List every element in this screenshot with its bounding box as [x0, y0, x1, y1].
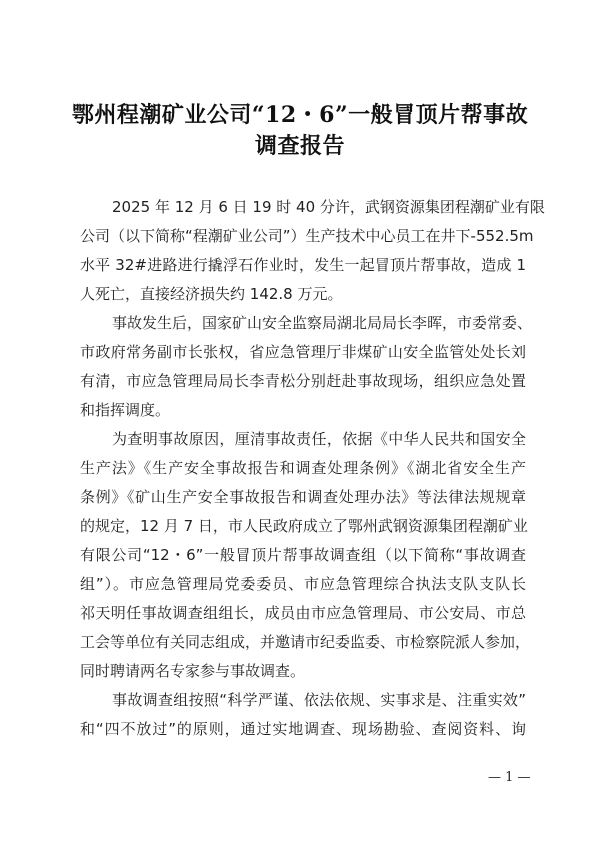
text-line: 同时聘请两名专家参与事故调查。 — [80, 657, 526, 686]
document-body: 2025 年 12 月 6 日 19 时 40 分许，武钢资源集团程潮矿业有限 … — [80, 193, 526, 744]
text-line: 有清，市应急管理局局长李青松分别赶赴事故现场，组织应急处置 — [80, 367, 526, 396]
text-line: 有限公司“12・6”一般冒顶片帮事故调查组（以下简称“事故调查 — [80, 541, 526, 570]
text-line: 公司（以下简称“程潮矿业公司”）生产技术中心员工在井下-552.5m — [80, 222, 526, 251]
text-line: 和“四不放过”的原则，通过实地调查、现场勘验、查阅资料、询 — [80, 715, 526, 744]
document-page: 鄂州程潮矿业公司“12・6”一般冒顶片帮事故 调查报告 2025 年 12 月 … — [0, 0, 600, 849]
text-line: 和指挥调度。 — [80, 396, 526, 425]
text-line: 工会等单位有关同志组成，并邀请市纪委监委、市检察院派人参加， — [80, 628, 526, 657]
paragraph-investigation-principles: 事故调查组按照“科学严谨、依法依规、实事求是、注重实效” 和“四不放过”的原则，… — [80, 686, 526, 744]
text-line: 生产法》《生产安全事故报告和调查处理条例》《湖北省安全生产 — [80, 454, 526, 483]
text-line: 水平 32#进路进行撬浮石作业时，发生一起冒顶片帮事故，造成 1 — [80, 251, 526, 280]
text-line: 祁天明任事故调查组组长，成员由市应急管理局、市公安局、市总 — [80, 599, 526, 628]
text-line: 人死亡，直接经济损失约 142.8 万元。 — [80, 280, 526, 309]
text-line: 组”）。市应急管理局党委委员、市应急管理综合执法支队支队长 — [80, 570, 526, 599]
text-line: 2025 年 12 月 6 日 19 时 40 分许，武钢资源集团程潮矿业有限 — [80, 193, 526, 222]
text-line: 事故发生后，国家矿山安全监察局湖北局局长李晖，市委常委、 — [80, 309, 526, 338]
title-line-1: 鄂州程潮矿业公司“12・6”一般冒顶片帮事故 — [60, 100, 540, 131]
text-line: 事故调查组按照“科学严谨、依法依规、实事求是、注重实效” — [80, 686, 526, 715]
text-line: 市政府常务副市长张权，省应急管理厅非煤矿山安全监管处处长刘 — [80, 338, 526, 367]
text-line: 的规定，12 月 7 日，市人民政府成立了鄂州武钢资源集团程潮矿业 — [80, 512, 526, 541]
page-number: — 1 — — [488, 770, 531, 785]
paragraph-investigation-team: 为查明事故原因，厘清事故责任，依据《中华人民共和国安全 生产法》《生产安全事故报… — [80, 425, 526, 686]
text-line: 条例》《矿山生产安全事故报告和调查处理办法》等法律法规规章 — [80, 483, 526, 512]
paragraph-emergency-response: 事故发生后，国家矿山安全监察局湖北局局长李晖，市委常委、 市政府常务副市长张权，… — [80, 309, 526, 425]
title-line-2: 调查报告 — [60, 131, 540, 162]
document-title: 鄂州程潮矿业公司“12・6”一般冒顶片帮事故 调查报告 — [60, 100, 540, 162]
paragraph-incident-summary: 2025 年 12 月 6 日 19 时 40 分许，武钢资源集团程潮矿业有限 … — [80, 193, 526, 309]
text-line: 为查明事故原因，厘清事故责任，依据《中华人民共和国安全 — [80, 425, 526, 454]
